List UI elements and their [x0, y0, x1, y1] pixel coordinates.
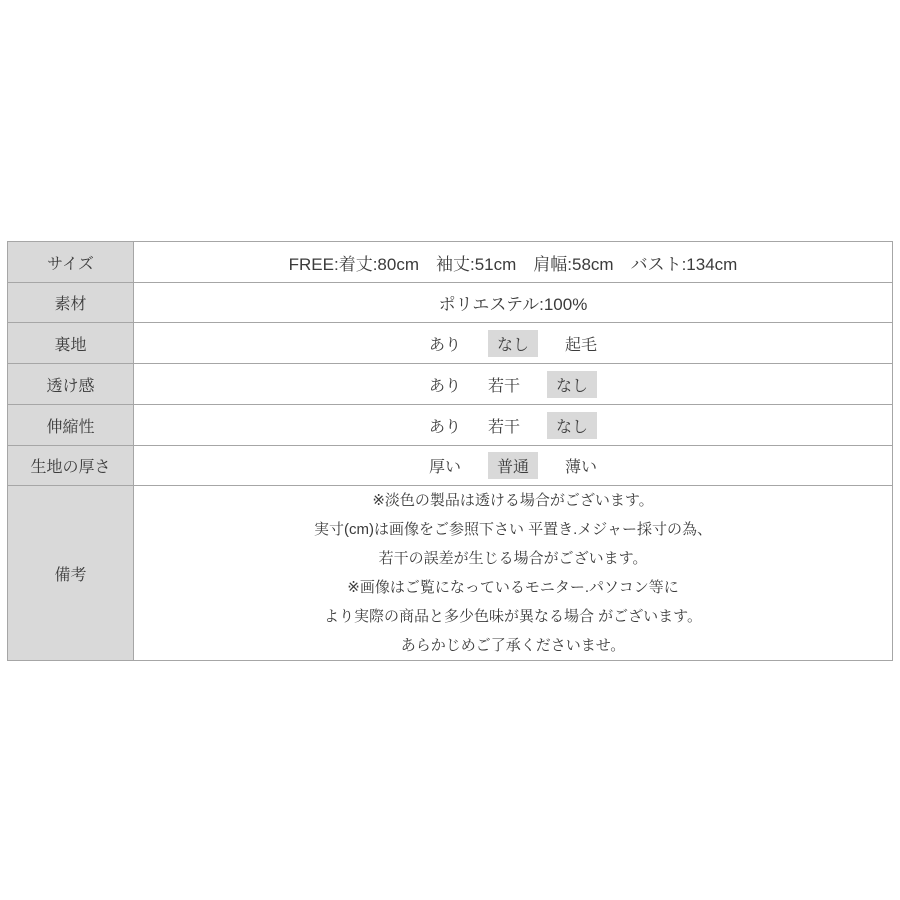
option-lining-nashi-selected: なし [488, 330, 538, 357]
note-line-2: 実寸(cm)は画像をご参照下さい 平置き.メジャー採寸の為、 [314, 515, 712, 544]
table-row-thickness: 生地の厚さ 厚い 普通 薄い [8, 445, 892, 485]
row-value-material: ポリエステル:100% [134, 283, 892, 322]
table-row-stretch: 伸縮性 あり 若干 なし [8, 404, 892, 445]
option-lining-kimou: 起毛 [565, 332, 597, 355]
table-row-sheerness: 透け感 あり 若干 なし [8, 363, 892, 404]
row-value-lining: あり なし 起毛 [134, 323, 892, 363]
row-value-thickness: 厚い 普通 薄い [134, 446, 892, 485]
note-line-1: ※淡色の製品は透ける場合がございます。 [372, 486, 653, 515]
row-value-size: FREE:着丈:80cm 袖丈:51cm 肩幅:58cm バスト:134cm [134, 242, 892, 282]
row-value-stretch: あり 若干 なし [134, 405, 892, 445]
row-label-thickness: 生地の厚さ [8, 446, 134, 485]
option-thickness-usui: 薄い [565, 454, 597, 477]
table-row-notes: 備考 ※淡色の製品は透ける場合がございます。 実寸(cm)は画像をご参照下さい … [8, 485, 892, 660]
note-line-6: あらかじめご了承くださいませ。 [401, 631, 626, 660]
note-line-3: 若干の誤差が生じる場合がございます。 [379, 544, 648, 573]
table-row-material: 素材 ポリエステル:100% [8, 282, 892, 322]
option-stretch-nashi-selected: なし [547, 412, 597, 439]
row-label-stretch: 伸縮性 [8, 405, 134, 445]
option-lining-ari: あり [429, 332, 461, 355]
option-sheerness-jakkan: 若干 [488, 373, 520, 396]
table-row-lining: 裏地 あり なし 起毛 [8, 322, 892, 363]
row-label-material: 素材 [8, 283, 134, 322]
row-value-sheerness: あり 若干 なし [134, 364, 892, 404]
row-label-notes: 備考 [8, 486, 134, 660]
product-spec-page: サイズ FREE:着丈:80cm 袖丈:51cm 肩幅:58cm バスト:134… [0, 0, 900, 900]
option-thickness-atsui: 厚い [429, 454, 461, 477]
option-thickness-futsuu-selected: 普通 [488, 452, 538, 479]
option-sheerness-ari: あり [429, 373, 461, 396]
note-line-5: より実際の商品と多少色味が異なる場合 がございます。 [324, 602, 702, 631]
row-label-sheerness: 透け感 [8, 364, 134, 404]
note-line-4: ※画像はご覧になっているモニター.パソコン等に [347, 573, 678, 602]
table-row-size: サイズ FREE:着丈:80cm 袖丈:51cm 肩幅:58cm バスト:134… [8, 242, 892, 282]
option-stretch-ari: あり [429, 414, 461, 437]
row-label-lining: 裏地 [8, 323, 134, 363]
row-label-size: サイズ [8, 242, 134, 282]
option-sheerness-nashi-selected: なし [547, 371, 597, 398]
product-spec-table: サイズ FREE:着丈:80cm 袖丈:51cm 肩幅:58cm バスト:134… [7, 241, 893, 661]
row-value-notes: ※淡色の製品は透ける場合がございます。 実寸(cm)は画像をご参照下さい 平置き… [134, 486, 892, 660]
option-stretch-jakkan: 若干 [488, 414, 520, 437]
